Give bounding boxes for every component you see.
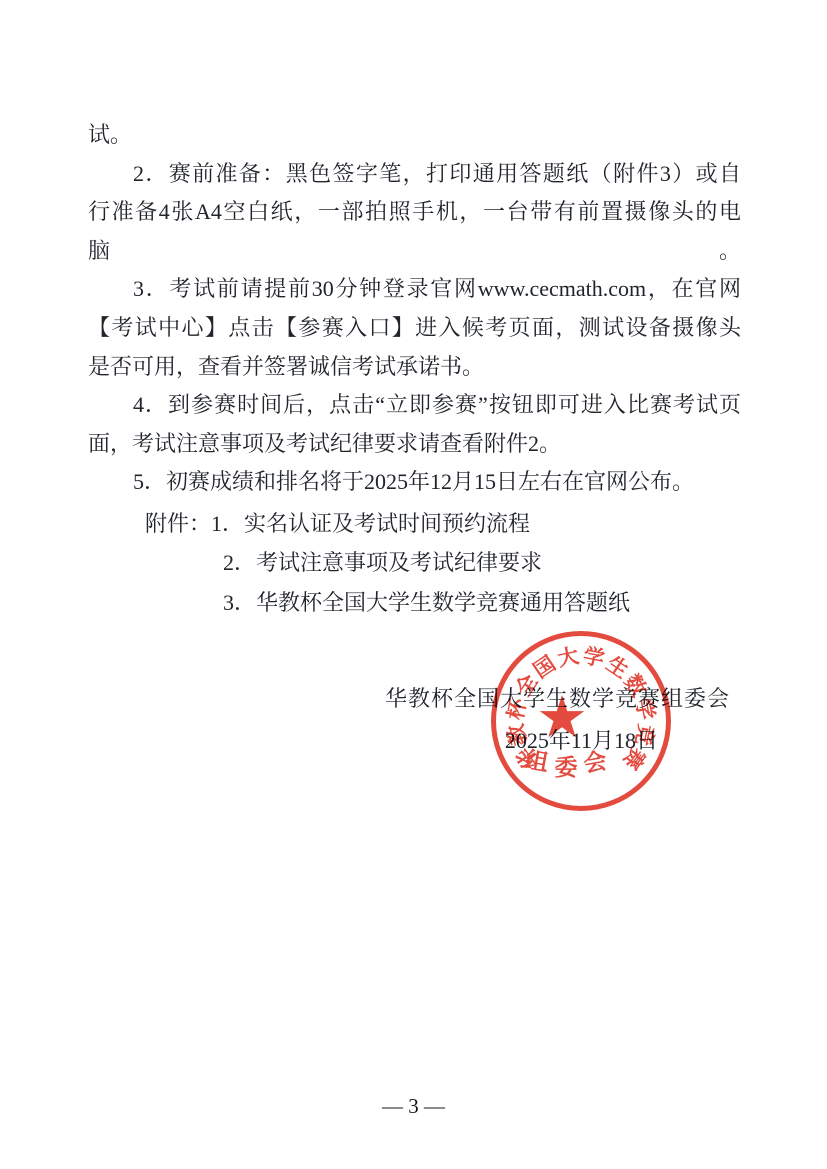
body-line: 4．到参赛时间后，点击“立即参赛”按钮即可进入比赛考试页 bbox=[88, 386, 741, 425]
attachment-item: 2．考试注意事项及考试纪律要求 bbox=[88, 543, 741, 582]
attachments-label: 附件： bbox=[145, 511, 211, 536]
body-line: 2．赛前准备：黑色签字笔，打印通用答题纸（附件3）或自 bbox=[88, 155, 741, 194]
attachment-item: 3．华教杯全国大学生数学竞赛通用答题纸 bbox=[88, 583, 741, 622]
body-line: 【考试中心】点击【参赛入口】进入候考页面，测试设备摄像头 bbox=[88, 309, 741, 348]
document-page: 试。 2．赛前准备：黑色签字笔，打印通用答题纸（附件3）或自 行准备4张A4空白… bbox=[0, 0, 827, 1169]
body-line: 行准备4张A4空白纸，一部拍照手机，一台带有前置摄像头的电脑。 bbox=[88, 193, 741, 270]
attachment-item: 1．实名认证及考试时间预约流程 bbox=[211, 511, 530, 536]
body-line: 5．初赛成绩和排名将于2025年12月15日左右在官网公布。 bbox=[88, 463, 741, 502]
body-line: 是否可用，查看并签署诚信考试承诺书。 bbox=[88, 348, 741, 387]
star-icon: ★ bbox=[536, 689, 588, 747]
page-number: — 3 — bbox=[0, 1094, 827, 1118]
stamp-bottom-char: 会 bbox=[580, 747, 610, 777]
stamp-ring-char: 教 bbox=[503, 719, 534, 750]
body-line: 3．考试前请提前30分钟登录官网www.cecmath.com，在官网 bbox=[88, 270, 741, 309]
attachment-line: 附件：1．实名认证及考试时间预约流程 bbox=[88, 504, 741, 543]
official-seal-stamp: 华教杯全国大学生数学竞赛 ★ 组委会 bbox=[491, 631, 671, 811]
body-text: 试。 2．赛前准备：黑色签字笔，打印通用答题纸（附件3）或自 行准备4张A4空白… bbox=[88, 116, 741, 502]
attachments-block: 附件：1．实名认证及考试时间预约流程 2．考试注意事项及考试纪律要求 3．华教杯… bbox=[88, 504, 741, 622]
stamp-ring-char: 大 bbox=[553, 643, 584, 674]
body-line: 面，考试注意事项及考试纪律要求请查看附件2。 bbox=[88, 425, 741, 464]
stamp-bottom-char: 委 bbox=[553, 754, 579, 780]
body-line: 试。 bbox=[88, 116, 741, 155]
stamp-bottom-char: 组 bbox=[522, 746, 552, 776]
